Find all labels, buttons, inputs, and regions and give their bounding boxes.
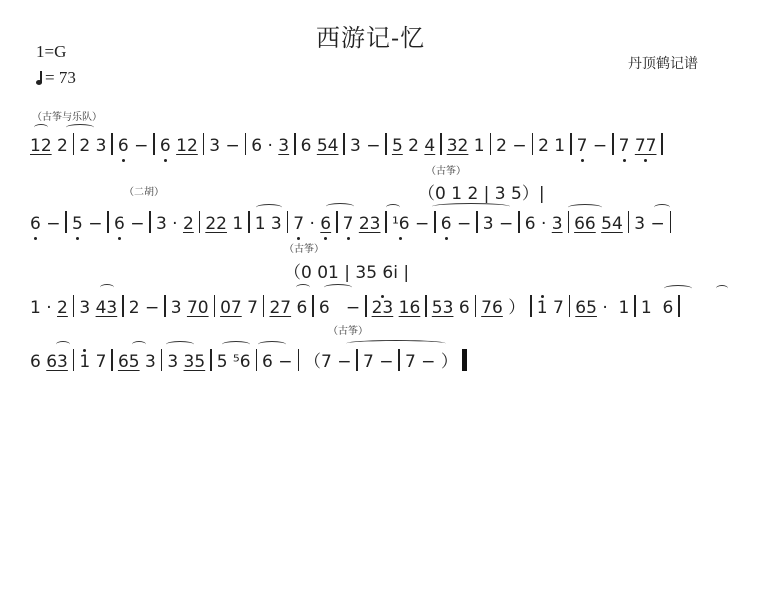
note-group: （7 − [304,352,351,372]
note-group: 23 [359,214,381,234]
note-group: − [410,214,430,234]
barline [628,211,630,233]
barline [612,133,614,155]
note-group: 2 [403,136,425,156]
slur-mark [654,204,670,211]
note-group: 1 [537,298,548,318]
note-group: − [129,136,149,156]
score-line-3: 1 · 23 432 −3 7007 727 66 −23 1653 676 ）… [30,293,685,318]
barline [312,295,314,317]
barline [336,211,338,233]
note-group: 6 [30,352,46,372]
barline [343,133,345,155]
barline [365,295,367,317]
note-group: 7 [242,298,258,318]
slur-mark [324,284,352,291]
note-group: 6 [291,298,307,318]
barline [210,349,212,371]
barline [65,211,67,233]
note-group: 6 [118,136,129,156]
barline [385,133,387,155]
slur-mark [346,340,446,347]
barline [518,211,520,233]
note-group: 7 [577,136,588,156]
barline [256,349,258,371]
note-group: 7 [90,352,106,372]
note-group: 6 [320,214,331,234]
barline [634,295,636,317]
key-signature: 1=G [36,42,66,62]
note-group: · 1 [597,298,629,318]
note-group: 6 − [319,298,360,318]
note-group: 12 [30,136,52,156]
slur-mark [256,204,282,211]
note-group: 2 − [129,298,159,318]
barline [164,295,166,317]
note-group: − [587,136,607,156]
note-group: · [304,214,320,234]
note-group: 65 [118,352,140,372]
note-group: 54 [317,136,339,156]
note-group: 43 [96,298,118,318]
barline [440,133,442,155]
barline [111,349,113,371]
barline [73,349,75,371]
barline [122,295,124,317]
note-group: 1 · [30,298,57,318]
slur-mark [432,203,510,210]
note-group: 2 − [496,136,526,156]
barline [476,211,478,233]
note-group: 6 · [525,214,552,234]
note-group: − [41,214,61,234]
barline [398,349,400,371]
note-group: ） [503,298,525,318]
barline [425,295,427,317]
slur-mark [166,341,194,348]
note-group: 3 [278,136,289,156]
barline [153,133,155,155]
note-group: 1 [468,136,484,156]
note-group: 6 [114,214,125,234]
slur-mark [296,284,310,291]
slur-mark [34,124,48,131]
note-group: 35 [184,352,206,372]
note-group: 54 [601,214,623,234]
barline [568,211,570,233]
note-group: 07 [220,298,242,318]
slur-mark [66,124,94,131]
note-group: 32 [447,136,469,156]
tempo-value: = 73 [45,68,76,87]
note-group: 6 · [251,136,278,156]
barline [385,211,387,233]
instrument-label-guzheng: （古筝） [284,240,324,255]
note-group: 7 [619,136,630,156]
barline [678,295,680,317]
barline [214,295,216,317]
score-line-4: 6 631 765 33 355 ⁵66 −（7 −7 −7 − ） [30,347,467,372]
barline [298,349,300,371]
barline [73,295,75,317]
barline [570,133,572,155]
note-group: 2 [57,298,68,318]
barline [530,295,532,317]
note-group: 6 [160,136,171,156]
barline [356,349,358,371]
guzheng-insert-1: （0 1 2 | 3 5）| [418,179,545,204]
barline [434,211,436,233]
barline [199,211,201,233]
barline [475,295,477,317]
note-group: 53 [432,298,454,318]
note-group: 77 [635,136,657,156]
barline [149,211,151,233]
barline [203,133,205,155]
note-group: 1 3 [255,214,282,234]
note-group: 23 [372,298,394,318]
note-group: 3 [552,214,563,234]
note-group: − [125,214,145,234]
note-group: ¹6 [392,214,410,234]
score-title: 西游记-忆 [316,18,425,53]
tempo-marking: = 73 [36,68,76,88]
note-group: 5 [72,214,83,234]
barline [490,133,492,155]
note-group: 22 [205,214,227,234]
note-group: 6 [301,136,317,156]
note-group: 5 [392,136,403,156]
note-group: 2 1 [538,136,565,156]
barline [161,349,163,371]
note-group: 12 [176,136,198,156]
instrument-label-erhu: （二胡） [124,183,164,198]
note-group: 7 [548,298,564,318]
barline [248,211,250,233]
barline [263,295,265,317]
note-group: 66 [574,214,596,234]
slur-mark [132,341,146,348]
barline [111,133,113,155]
note-group: 2 [183,214,194,234]
barline [670,211,672,233]
final-barline [462,349,467,371]
note-group: 3 [167,352,183,372]
barline [245,133,247,155]
note-group: 16 [399,298,421,318]
slur-mark [56,341,70,348]
slur-mark [222,341,250,348]
note-group: 6 [30,214,41,234]
barline [569,295,571,317]
note-group: 6 − [262,352,292,372]
note-group: 7 − [363,352,393,372]
score-line-2: 6 −5 −6 −3 · 222 11 37 · 67 23¹6 −6 −3 −… [30,211,676,234]
barline [532,133,534,155]
note-group: 2 [52,136,68,156]
barline [287,211,289,233]
slur-mark [100,284,114,291]
barline [73,133,75,155]
note-group: 3 [171,298,187,318]
note-group: 1 6 [641,298,673,318]
instrument-label-guzheng: （古筝） [426,162,466,177]
note-group: 3 − [350,136,380,156]
note-group: 65 [575,298,597,318]
note-group: 7 [343,214,354,234]
note-group: 2 3 [79,136,106,156]
note-group: 3 − [209,136,239,156]
note-group: 27 [269,298,291,318]
note-group: 1 [227,214,243,234]
transcriber-credit: 丹顶鹤记谱 [628,53,698,73]
guzheng-insert-2: （0 01 | 35 6i | [284,258,409,283]
slur-mark [326,203,354,210]
barline [107,211,109,233]
note-group: 6 [453,298,469,318]
note-group: 5 ⁵6 [217,352,251,372]
note-group: 4 [424,136,435,156]
slur-mark [258,341,286,348]
barline [294,133,296,155]
note-group: 3 − [483,214,513,234]
slur-mark [664,285,692,292]
note-group: − [452,214,472,234]
slur-mark [568,204,602,211]
note-group: 3 [79,298,95,318]
note-group: 3 [140,352,156,372]
note-group: 70 [187,298,209,318]
score-line-1: 12 22 36 −6 123 −6 · 36 543 −5 2 432 12 … [30,133,668,156]
note-group: 63 [46,352,68,372]
note-group: 76 [481,298,503,318]
note-group: 1 [79,352,90,372]
note-group: − [83,214,103,234]
slur-mark [716,285,728,292]
quarter-note-icon [36,71,42,83]
note-group: 7 − ） [405,352,458,372]
note-group: 3 − [634,214,664,234]
barline [661,133,663,155]
note-group: 7 [293,214,304,234]
note-group: 3 · [156,214,183,234]
slur-mark [386,204,400,211]
note-group: 6 [441,214,452,234]
instrument-label-guzheng-band: （古筝与乐队） [32,108,102,123]
instrument-label-guzheng: （古筝） [328,322,368,337]
